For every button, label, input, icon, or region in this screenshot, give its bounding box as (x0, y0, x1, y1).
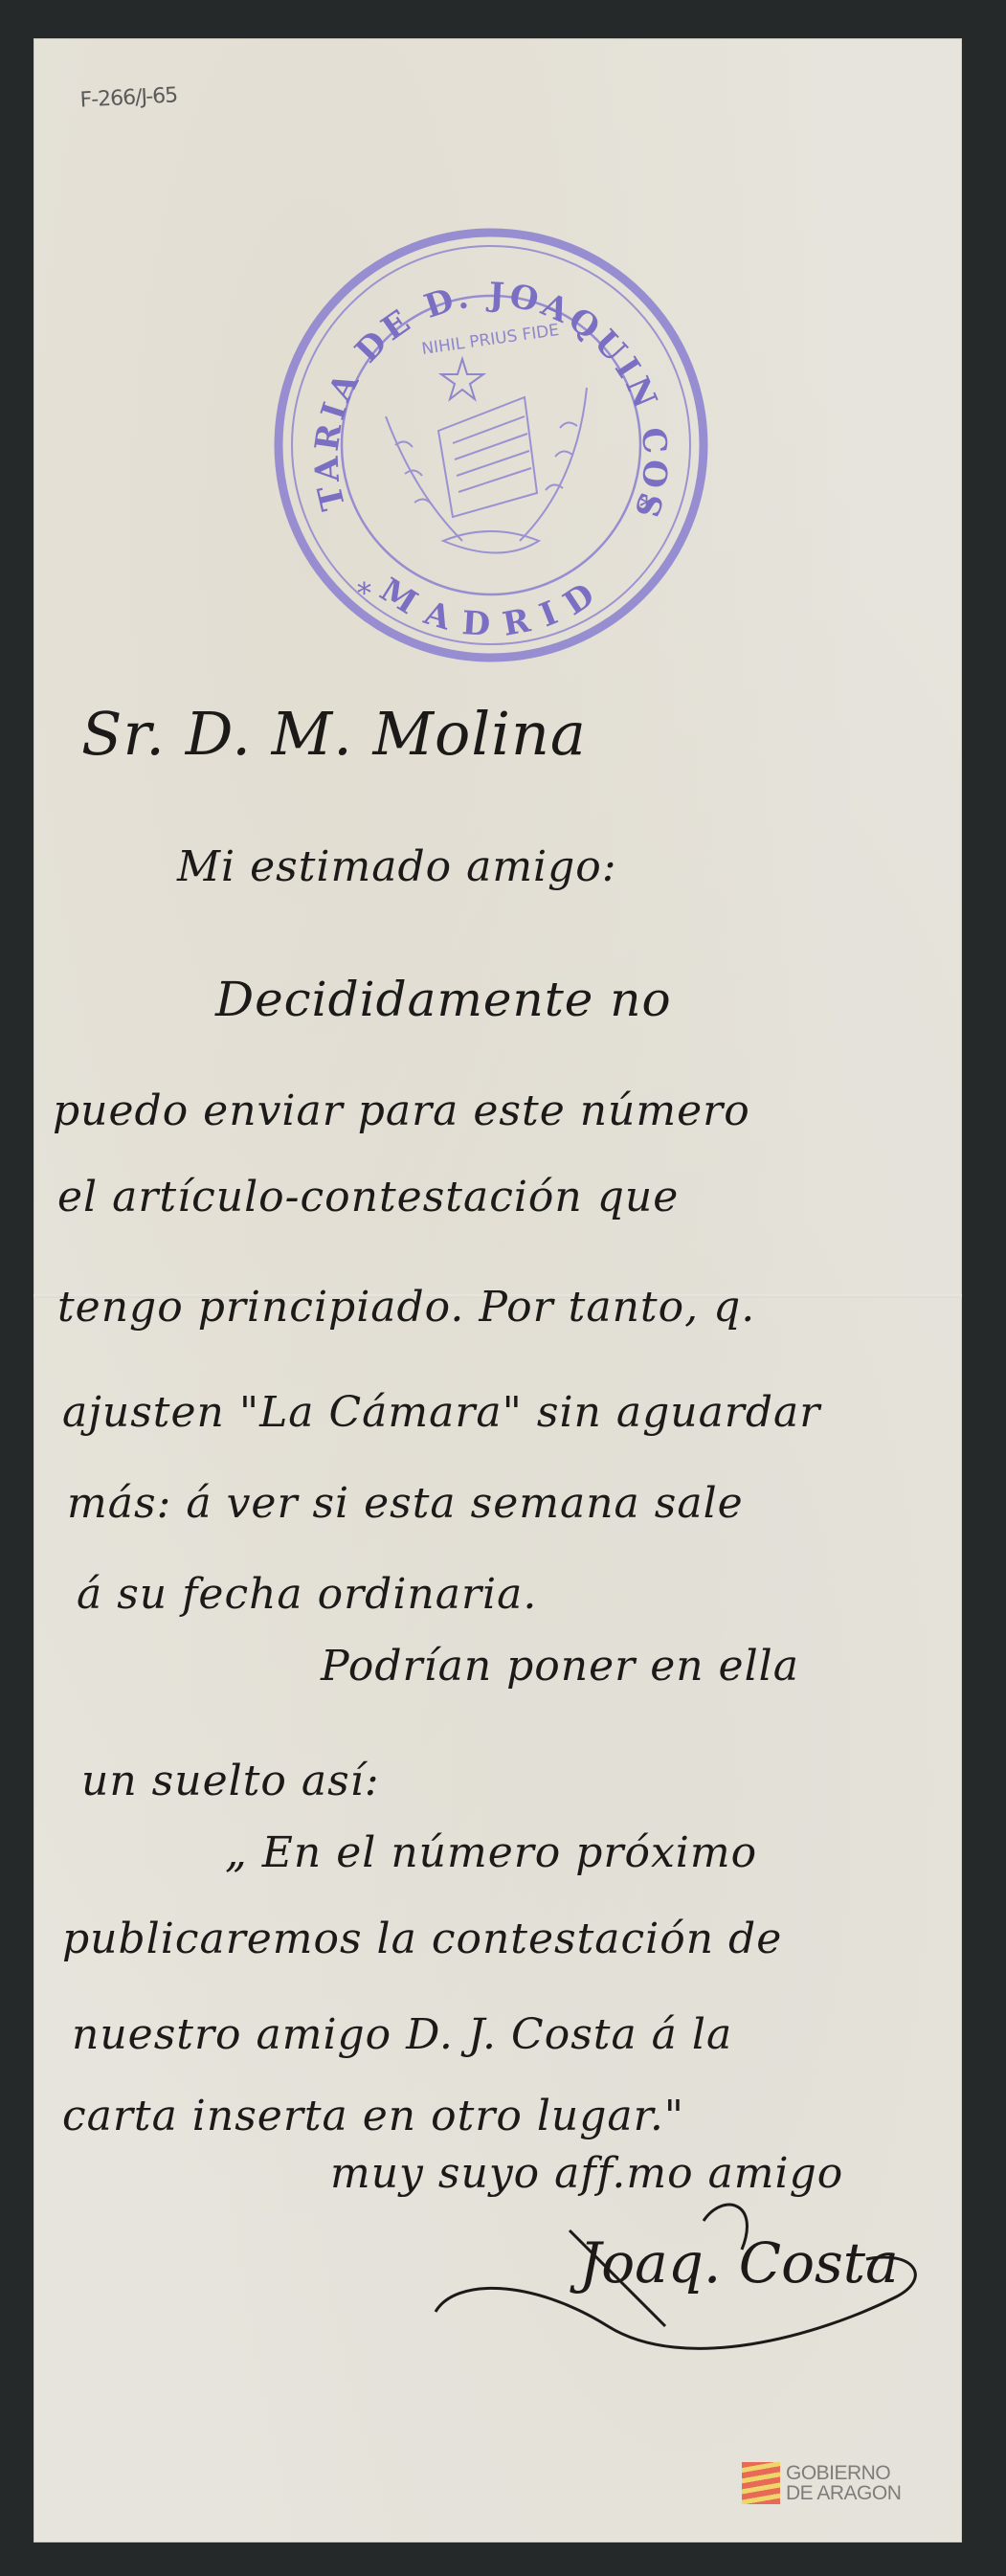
letter-line-12: nuestro amigo D. J. Costa á la (72, 2010, 732, 2059)
letter-line-11: publicaremos la contestación de (62, 1915, 782, 1963)
handwritten-letter: Sr. D. M. Molina Mi estimado amigo: Deci… (34, 38, 962, 2542)
letter-line-9: un suelto así: (81, 1757, 380, 1805)
letter-line-4: tengo principiado. Por tanto, q. (57, 1283, 755, 1332)
greeting: Mi estimado amigo: (177, 842, 617, 891)
salutation-name: Sr. D. M. Molina (81, 699, 587, 769)
letter-line-6: más: á ver si esta semana sale (67, 1479, 744, 1528)
letter-line-1: Decididamente no (215, 972, 672, 1027)
letter-closing: muy suyo aff.mo amigo (330, 2149, 843, 2198)
aragon-flag-icon (742, 2462, 780, 2504)
letter-line-8: Podrían poner en ella (321, 1642, 799, 1691)
letter-line-2: puedo enviar para este número (53, 1086, 750, 1135)
signature-text: Joaq. Costa (579, 2230, 899, 2296)
logo-line1: GOBIERNO (786, 2463, 901, 2483)
letter-line-3: el artículo-contestación que (57, 1173, 679, 1221)
letter-line-10: „ En el número próximo (225, 1828, 757, 1877)
logo-line2: DE ARAGON (786, 2483, 901, 2503)
letter-line-13: carta inserta en otro lugar." (62, 2092, 684, 2140)
signature: Joaq. Costa (416, 2192, 952, 2355)
gobierno-aragon-logo: GOBIERNO DE ARAGON (742, 2462, 901, 2504)
letter-line-5: ajusten "La Cámara" sin aguardar (62, 1388, 820, 1437)
letter-line-7: á su fecha ordinaria. (77, 1570, 537, 1619)
letter-paper: F-266/J-65 NOTARIA DE D. JOAQUIN COSTA M… (34, 38, 962, 2542)
